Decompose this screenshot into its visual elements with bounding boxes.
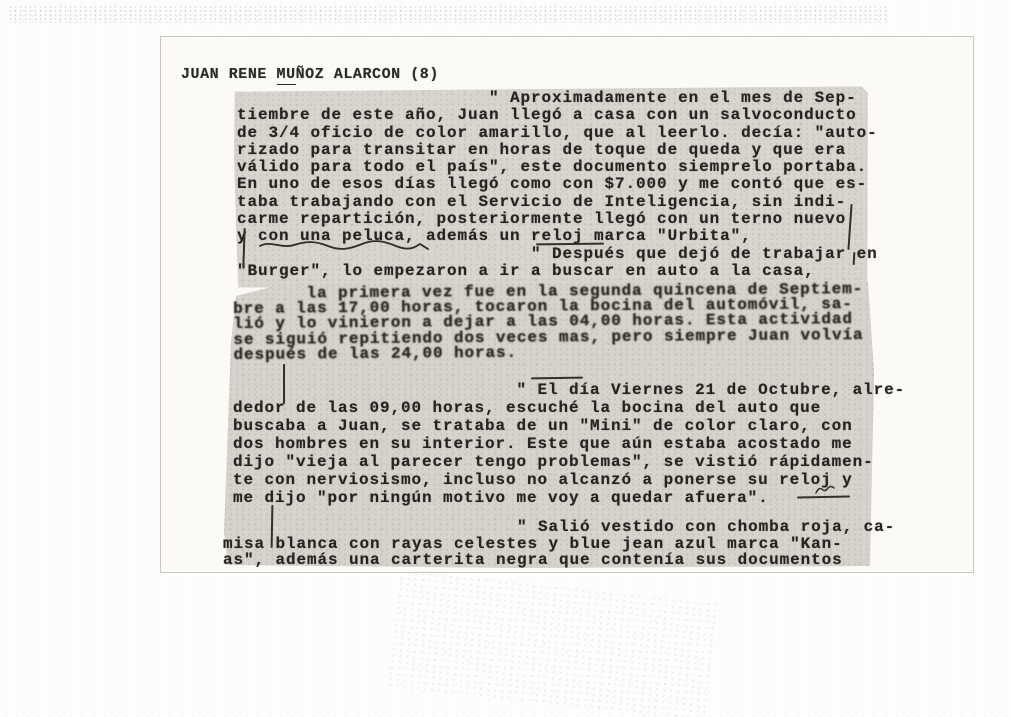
title-part-underlined: MU xyxy=(277,66,296,85)
scanned-document: JUAN RENE MUÑOZ ALARCON (8) " Aproximada… xyxy=(0,0,1012,717)
scan-noise-band xyxy=(8,5,888,23)
typed-paragraph-1: " Aproximadamente en el mes de Sep- tiem… xyxy=(237,90,878,246)
document-title: JUAN RENE MUÑOZ ALARCON (8) xyxy=(181,66,439,83)
title-part-pre: JUAN RENE xyxy=(181,66,277,83)
typed-paragraph-4: " El día Viernes 21 de Octubre, alre- de… xyxy=(233,381,905,507)
scan-noise-patch xyxy=(387,569,718,717)
wavy-underline-peluca xyxy=(256,238,432,252)
pen-scribble-after-afuera xyxy=(812,483,842,497)
title-part-post: ÑOZ ALARCON (8) xyxy=(296,66,439,83)
typed-paragraph-5: " Salió vestido con chomba roja, ca- mis… xyxy=(223,519,895,569)
typed-paragraph-3: la primera vez fue en la segunda quincen… xyxy=(233,282,864,363)
